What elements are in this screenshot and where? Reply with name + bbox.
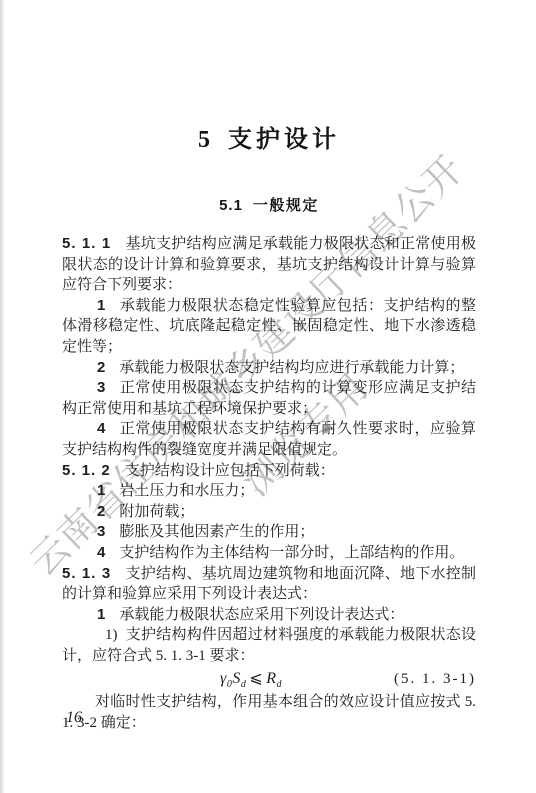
document-page: 云南省住房和城乡建设厅信息公开 浏览专用 5支护设计 5.1一般规定 5. 1.… xyxy=(0,0,536,793)
resistance-subscript: d xyxy=(277,680,283,691)
scan-edge-shadow xyxy=(0,0,5,793)
item-number: 3 xyxy=(97,523,106,540)
item-number: 2 xyxy=(97,503,106,520)
clause-5-1-3-subitem-1: 1)支护结构构件因超过材料强度的承载能力极限状态设计，应符合式 5. 1. 3-… xyxy=(62,625,476,666)
item-text: 岩土压力和水压力； xyxy=(119,483,254,499)
clause-5-1-2-item-1: 1岩土压力和水压力； xyxy=(62,481,476,502)
closing-paragraph: 对临时性支护结构，作用基本组合的效应设计值应按式 5. 1. 3-2 确定： xyxy=(62,692,476,733)
clause-5-1-1: 5. 1. 1基坑支护结构应满足承载能力极限状态和正常使用极限状态的设计计算和验… xyxy=(62,234,476,296)
clause-5-1-1-item-3: 3正常使用极限状态支护结构的计算变形应满足支护结构正常使用和基坑工程环境保护要求… xyxy=(62,378,476,419)
clause-5-1-1-item-2: 2承载能力极限状态支护结构均应进行承载能力计算； xyxy=(62,358,476,379)
clause-number: 5. 1. 2 xyxy=(62,462,111,479)
clause-5-1-2-item-3: 3膨胀及其他因素产生的作用； xyxy=(62,522,476,543)
resistance-variable: R xyxy=(266,670,276,687)
paragraph-text: 对临时性支护结构，作用基本组合的效应设计值应按式 5. 1. 3-2 确定： xyxy=(62,694,476,731)
subitem-text: 支护结构构件因超过材料强度的承载能力极限状态设计，应符合式 5. 1. 3-1 … xyxy=(62,627,476,664)
item-number: 4 xyxy=(97,544,106,561)
equation-number: (5. 1. 3-1) xyxy=(394,666,476,692)
item-text: 承载能力极限状态支护结构均应进行承载能力计算； xyxy=(119,360,464,376)
clause-number: 5. 1. 1 xyxy=(62,235,111,252)
chapter-title-text: 支护设计 xyxy=(228,127,340,153)
equation-expression: γ0Sd⩽Rd xyxy=(220,670,282,687)
item-number: 1 xyxy=(97,297,106,314)
clause-5-1-2-item-4: 4支护结构作为主体结构一部分时，上部结构的作用。 xyxy=(62,543,476,564)
clause-5-1-1-item-1: 1承载能力极限状态稳定性验算应包括：支护结构的整体滑移稳定性、坑底隆起稳定性、嵌… xyxy=(62,296,476,358)
item-text: 承载能力极限状态稳定性验算应包括：支护结构的整体滑移稳定性、坑底隆起稳定性、嵌固… xyxy=(62,298,476,355)
item-number: 2 xyxy=(97,359,106,376)
clause-number: 5. 1. 3 xyxy=(62,565,111,582)
item-text: 承载能力极限状态应采用下列设计表达式： xyxy=(119,607,404,623)
item-text: 附加荷载； xyxy=(119,504,194,520)
item-text: 正常使用极限状态支护结构的计算变形应满足支护结构正常使用和基坑工程环境保护要求； xyxy=(62,380,476,417)
section-title-text: 一般规定 xyxy=(253,197,319,214)
less-equal-sign: ⩽ xyxy=(246,670,266,687)
clause-5-1-2: 5. 1. 2支护结构设计应包括下列荷载： xyxy=(62,461,476,482)
clause-5-1-2-item-2: 2附加荷载； xyxy=(62,502,476,523)
clause-text: 支护结构、基坑周边建筑物和地面沉降、地下水控制的计算和验算应采用下列设计表达式： xyxy=(62,566,476,603)
clause-text: 支护结构设计应包括下列荷载： xyxy=(125,463,335,479)
equation-5-1-3-1: γ0Sd⩽Rd (5. 1. 3-1) xyxy=(62,666,476,692)
section-number: 5.1 xyxy=(219,197,243,214)
item-number: 3 xyxy=(97,379,106,396)
chapter-number: 5 xyxy=(198,127,210,153)
item-text: 支护结构作为主体结构一部分时，上部结构的作用。 xyxy=(119,545,464,561)
body-text: 5. 1. 1基坑支护结构应满足承载能力极限状态和正常使用极限状态的设计计算和验… xyxy=(62,234,476,734)
chapter-title: 5支护设计 xyxy=(62,127,476,153)
item-text: 膨胀及其他因素产生的作用； xyxy=(119,524,314,540)
clause-5-1-3: 5. 1. 3支护结构、基坑周边建筑物和地面沉降、地下水控制的计算和验算应采用下… xyxy=(62,564,476,605)
subitem-number: 1) xyxy=(105,627,118,643)
clause-5-1-1-item-4: 4正常使用极限状态支护结构有耐久性要求时，应验算支护结构构件的裂缝宽度并满足限值… xyxy=(62,419,476,460)
item-number: 4 xyxy=(97,420,106,437)
item-number: 1 xyxy=(97,606,106,623)
clause-5-1-3-item-1: 1承载能力极限状态应采用下列设计表达式： xyxy=(62,605,476,626)
effect-variable: S xyxy=(232,670,241,687)
item-text: 正常使用极限状态支护结构有耐久性要求时，应验算支护结构构件的裂缝宽度并满足限值规… xyxy=(62,421,476,458)
item-number: 1 xyxy=(97,482,106,499)
page-number: 16 xyxy=(66,709,82,727)
section-heading: 5.1一般规定 xyxy=(62,198,476,214)
gamma-symbol: γ xyxy=(220,670,227,687)
page-content: 5支护设计 5.1一般规定 5. 1. 1基坑支护结构应满足承载能力极限状态和正… xyxy=(62,0,476,734)
clause-text: 基坑支护结构应满足承载能力极限状态和正常使用极限状态的设计计算和验算要求，基坑支… xyxy=(62,236,476,293)
